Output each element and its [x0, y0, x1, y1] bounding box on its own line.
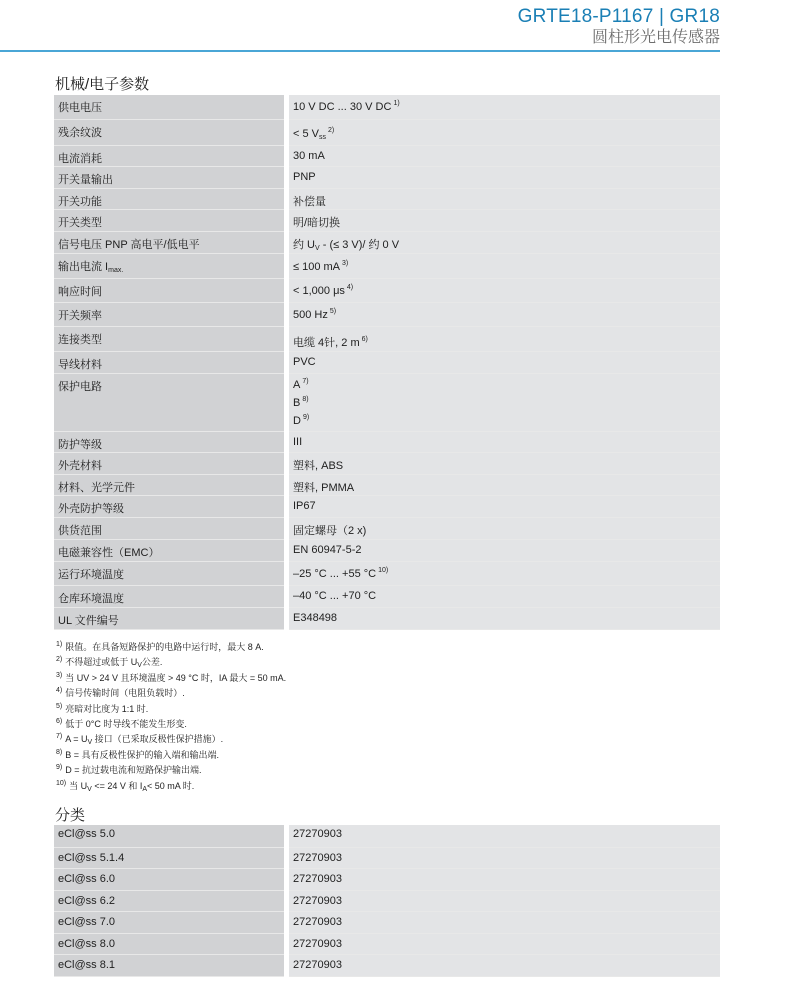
- spec-label: 供货范围: [54, 517, 287, 539]
- spec-value: 补偿量: [287, 188, 721, 209]
- footnote: 7)A = UV 接口（已采取反极性保护措施）.: [56, 732, 286, 747]
- class-value: 27270903: [287, 933, 721, 954]
- spec-row: 运行环境温度–25 °C ... +55 °C10): [54, 561, 720, 585]
- spec-label: UL 文件编号: [54, 607, 287, 629]
- class-label: eCl@ss 6.0: [54, 868, 287, 890]
- spec-row: 残余纹波< 5 Vss2): [54, 119, 720, 145]
- spec-row: 电磁兼容性（EMC）EN 60947-5-2: [54, 539, 720, 561]
- spec-row: 开关频率500 Hz5): [54, 302, 720, 326]
- spec-label: 供电电压: [54, 95, 287, 119]
- class-value: 27270903: [287, 847, 721, 868]
- product-title: GRTE18-P1167 | GR18: [518, 6, 720, 28]
- footnote: 6)低于 0°C 时导线不能发生形变.: [56, 717, 286, 732]
- spec-row: UL 文件编号E348498: [54, 607, 720, 629]
- class-value: 27270903: [287, 890, 721, 911]
- spec-row: 信号电压 PNP 高电平/低电平约 UV - (≤ 3 V)/ 约 0 V: [54, 231, 720, 253]
- spec-row: 供货范围固定螺母（2 x): [54, 517, 720, 539]
- section-title-classification: 分类: [55, 804, 85, 825]
- footnote: 4)信号传输时间（电阻负载时）.: [56, 686, 286, 701]
- spec-label: 外壳材料: [54, 452, 287, 474]
- spec-label: 外壳防护等级: [54, 495, 287, 517]
- document-header: GRTE18-P1167 | GR18 圆柱形光电传感器: [518, 6, 720, 48]
- spec-value: ≤ 100 mA3): [287, 253, 721, 278]
- spec-row: 外壳材料塑料, ABS: [54, 452, 720, 474]
- spec-label: 保护电路: [54, 373, 287, 431]
- spec-row: 开关类型明/暗切换: [54, 209, 720, 231]
- class-row: eCl@ss 5.027270903: [54, 825, 720, 847]
- spec-value: 固定螺母（2 x): [287, 517, 721, 539]
- spec-value: 30 mA: [287, 145, 721, 166]
- classification-table: eCl@ss 5.027270903 eCl@ss 5.1.427270903 …: [54, 825, 720, 977]
- section-title-mechanical: 机械/电子参数: [55, 73, 149, 94]
- spec-label: 信号电压 PNP 高电平/低电平: [54, 231, 287, 253]
- spec-row: 开关量输出PNP: [54, 166, 720, 188]
- spec-row: 仓库环境温度–40 °C ... +70 °C: [54, 585, 720, 607]
- mechanical-spec-table: 供电电压10 V DC ... 30 V DC1) 残余纹波< 5 Vss2) …: [54, 95, 720, 630]
- class-label: eCl@ss 7.0: [54, 911, 287, 933]
- product-subtitle: 圆柱形光电传感器: [518, 28, 720, 48]
- spec-label: 运行环境温度: [54, 561, 287, 585]
- spec-value: PVC: [287, 351, 721, 373]
- spec-row: 保护电路 A7) B8) D9): [54, 373, 720, 431]
- footnote: 1)限值。在具备短路保护的电路中运行时，最大 8 A.: [56, 640, 286, 655]
- spec-label: 输出电流 Imax.: [54, 253, 287, 278]
- spec-value: 明/暗切换: [287, 209, 721, 231]
- class-value: 27270903: [287, 911, 721, 933]
- spec-value: 10 V DC ... 30 V DC1): [287, 95, 721, 119]
- class-row: eCl@ss 6.027270903: [54, 868, 720, 890]
- spec-row: 开关功能补偿量: [54, 188, 720, 209]
- spec-label: 电磁兼容性（EMC）: [54, 539, 287, 561]
- class-label: eCl@ss 6.2: [54, 890, 287, 911]
- class-label: eCl@ss 8.0: [54, 933, 287, 954]
- class-value: 27270903: [287, 868, 721, 890]
- spec-value: EN 60947-5-2: [287, 539, 721, 561]
- spec-value: –40 °C ... +70 °C: [287, 585, 721, 607]
- spec-value: 约 UV - (≤ 3 V)/ 约 0 V: [287, 231, 721, 253]
- spec-value: 电缆 4针, 2 m6): [287, 326, 721, 351]
- spec-label: 电流消耗: [54, 145, 287, 166]
- spec-label: 导线材料: [54, 351, 287, 373]
- spec-row: 导线材料PVC: [54, 351, 720, 373]
- spec-row: 材料、光学元件塑料, PMMA: [54, 474, 720, 495]
- footnote: 5)亮暗对比度为 1:1 时.: [56, 702, 286, 717]
- spec-value: < 1,000 μs4): [287, 278, 721, 302]
- class-row: eCl@ss 6.227270903: [54, 890, 720, 911]
- spec-label: 开关频率: [54, 302, 287, 326]
- spec-value: –25 °C ... +55 °C10): [287, 561, 721, 585]
- class-value: 27270903: [287, 954, 721, 976]
- class-row: eCl@ss 8.127270903: [54, 954, 720, 976]
- spec-label: 连接类型: [54, 326, 287, 351]
- spec-label: 防护等级: [54, 431, 287, 452]
- header-divider: [0, 50, 720, 52]
- class-label: eCl@ss 8.1: [54, 954, 287, 976]
- class-row: eCl@ss 7.027270903: [54, 911, 720, 933]
- class-row: eCl@ss 5.1.427270903: [54, 847, 720, 868]
- spec-value: E348498: [287, 607, 721, 629]
- spec-row: 连接类型电缆 4针, 2 m6): [54, 326, 720, 351]
- spec-row: 防护等级III: [54, 431, 720, 452]
- spec-value: PNP: [287, 166, 721, 188]
- spec-label: 开关类型: [54, 209, 287, 231]
- spec-row: 响应时间< 1,000 μs4): [54, 278, 720, 302]
- spec-label: 残余纹波: [54, 119, 287, 145]
- spec-label: 响应时间: [54, 278, 287, 302]
- footnote: 8)B = 具有反极性保护的输入端和输出端.: [56, 748, 286, 763]
- spec-value: III: [287, 431, 721, 452]
- spec-label: 仓库环境温度: [54, 585, 287, 607]
- spec-value: < 5 Vss2): [287, 119, 721, 145]
- spec-row: 外壳防护等级IP67: [54, 495, 720, 517]
- spec-value: IP67: [287, 495, 721, 517]
- class-label: eCl@ss 5.0: [54, 825, 287, 847]
- spec-row: 输出电流 Imax.≤ 100 mA3): [54, 253, 720, 278]
- footnote: 3)当 UV > 24 V 且环境温度 > 49 °C 时，IA 最大 = 50…: [56, 671, 286, 686]
- footnote: 2)不得超过或低于 UV公差.: [56, 655, 286, 670]
- spec-row: 供电电压10 V DC ... 30 V DC1): [54, 95, 720, 119]
- spec-label: 开关功能: [54, 188, 287, 209]
- footnote: 10)当 UV <= 24 V 和 IA< 50 mA 时.: [56, 779, 286, 794]
- spec-value: 塑料, ABS: [287, 452, 721, 474]
- spec-row: 电流消耗30 mA: [54, 145, 720, 166]
- class-row: eCl@ss 8.027270903: [54, 933, 720, 954]
- class-value: 27270903: [287, 825, 721, 847]
- spec-label: 开关量输出: [54, 166, 287, 188]
- footnote: 9)D = 抗过载电流和短路保护输出端.: [56, 763, 286, 778]
- class-label: eCl@ss 5.1.4: [54, 847, 287, 868]
- spec-value-protection: A7) B8) D9): [287, 373, 721, 431]
- spec-label: 材料、光学元件: [54, 474, 287, 495]
- spec-value: 塑料, PMMA: [287, 474, 721, 495]
- spec-value: 500 Hz5): [287, 302, 721, 326]
- footnotes: 1)限值。在具备短路保护的电路中运行时，最大 8 A. 2)不得超过或低于 UV…: [56, 640, 286, 794]
